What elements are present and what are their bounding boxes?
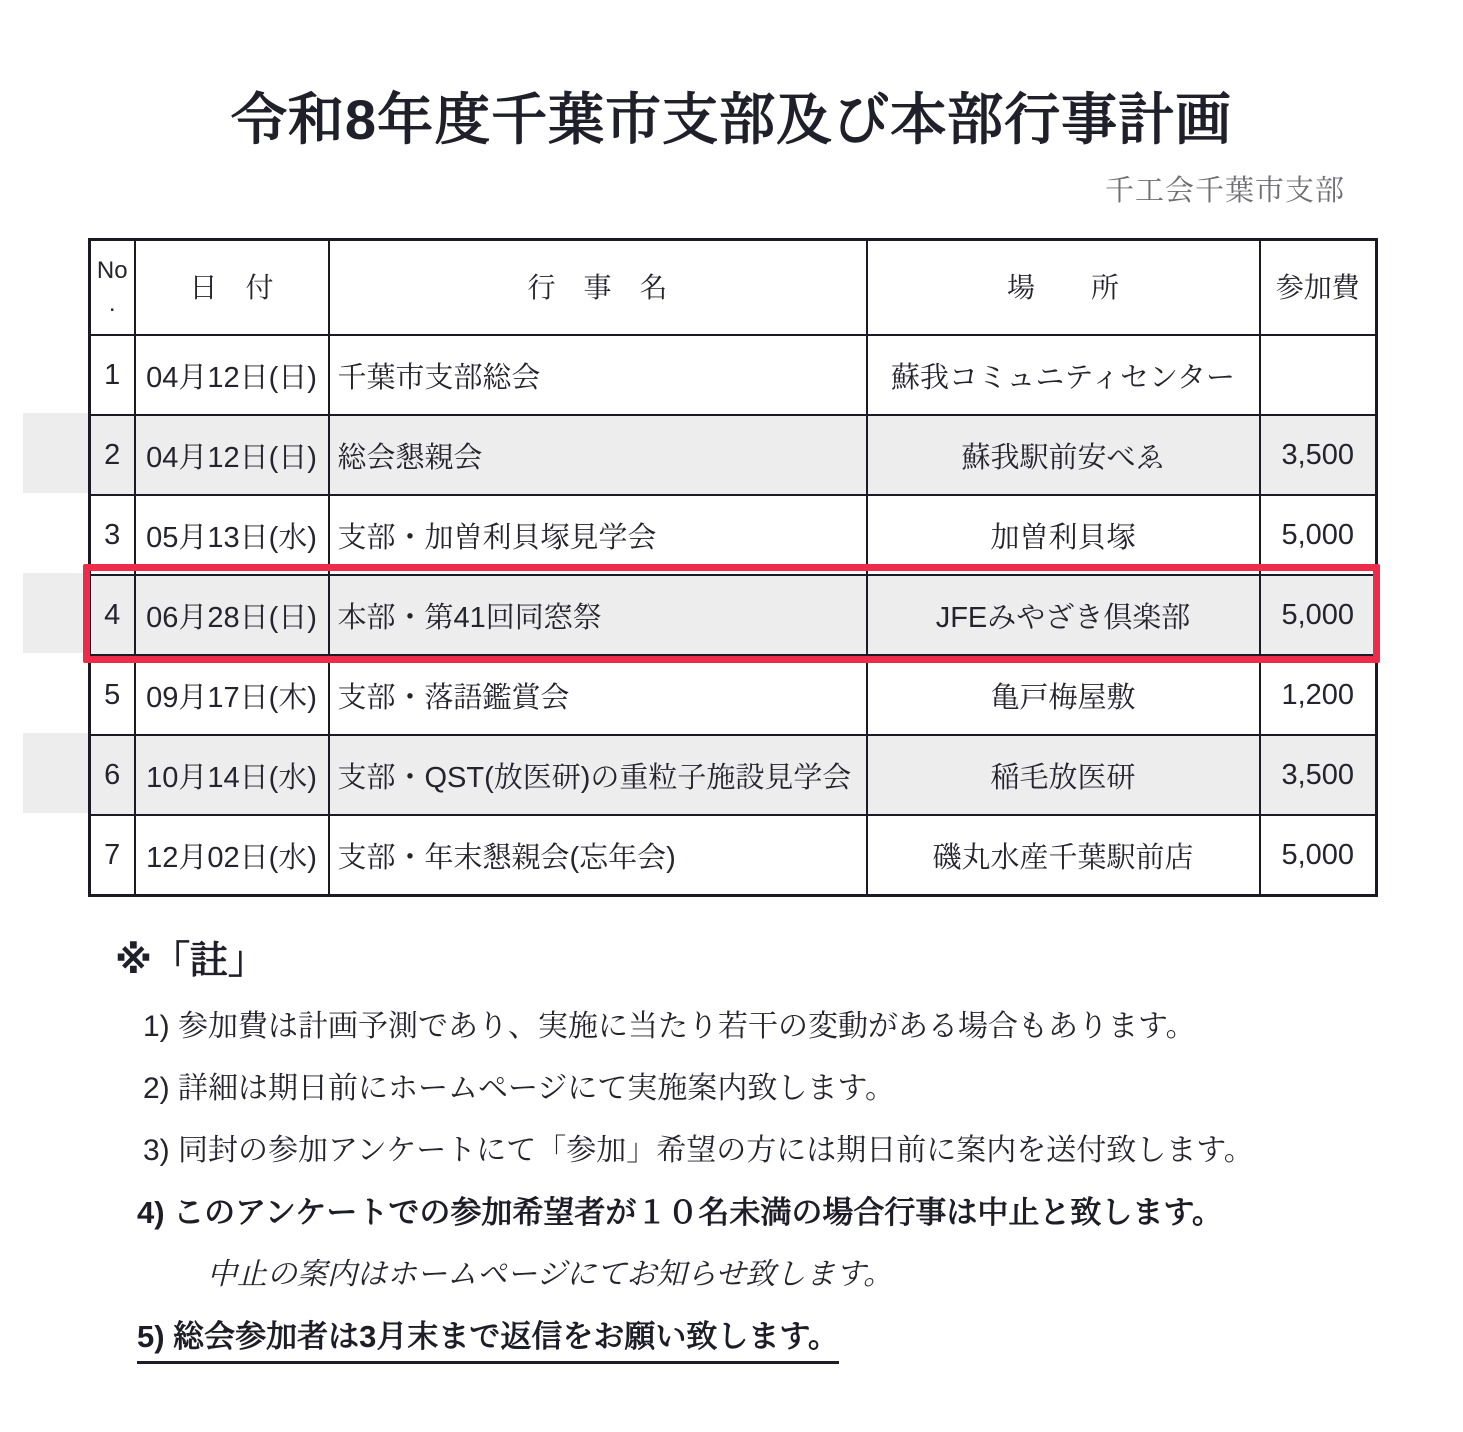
- table-row: 610月14日(水)支部・QST(放医研)の重粒子施設見学会稲毛放医研3,500: [90, 735, 1377, 815]
- event-schedule-table: No . 日 付 行 事 名 場 所 参加費 104月12日(日)千葉市支部総会…: [88, 238, 1378, 897]
- cell-fee: 1,200: [1260, 655, 1377, 735]
- cell-fee: 5,000: [1260, 495, 1377, 575]
- page-title: 令和8年度千葉市支部及び本部行事計画: [0, 76, 1463, 156]
- cell-event: 支部・QST(放医研)の重粒子施設見学会: [329, 735, 867, 815]
- table-row: 104月12日(日)千葉市支部総会蘇我コミュニティセンター: [90, 335, 1377, 415]
- cell-place: 亀戸梅屋敷: [867, 655, 1260, 735]
- cell-place: 磯丸水産千葉駅前店: [867, 815, 1260, 896]
- cell-no: 6: [90, 735, 135, 815]
- alt-row-left-extension: [23, 413, 88, 493]
- cell-place: 稲毛放医研: [867, 735, 1260, 815]
- note-item: 3) 同封の参加アンケートにて「参加」希望の方には期日前に案内を送付致します。: [143, 1132, 1425, 1170]
- note-item-text: 5) 総会参加者は3月末まで返信をお願い致します。: [137, 1318, 839, 1364]
- cell-event: 千葉市支部総会: [329, 335, 867, 415]
- cell-no: 5: [90, 655, 135, 735]
- cell-place: 蘇我コミュニティセンター: [867, 335, 1260, 415]
- cell-no: 7: [90, 815, 135, 896]
- cell-place: JFEみやざき倶楽部: [867, 575, 1260, 655]
- document-page: 令和8年度千葉市支部及び本部行事計画 千工会千葉市支部 No . 日 付 行 事…: [0, 0, 1463, 1432]
- cell-fee: 5,000: [1260, 815, 1377, 896]
- cell-date: 04月12日(日): [135, 415, 329, 495]
- cell-no: 4: [90, 575, 135, 655]
- alt-row-left-extension: [23, 733, 88, 813]
- cell-date: 12月02日(水): [135, 815, 329, 896]
- table-body: 104月12日(日)千葉市支部総会蘇我コミュニティセンター204月12日(日)総…: [90, 335, 1377, 896]
- header-fee: 参加費: [1260, 240, 1377, 336]
- note-item: 1) 参加費は計画予測であり、実施に当たり若干の変動がある場合もあります。: [143, 1008, 1425, 1046]
- organization-label: 千工会千葉市支部: [1105, 168, 1345, 209]
- cell-event: 総会懇親会: [329, 415, 867, 495]
- note-item: 中止の案内はホームページにてお知らせ致します。: [207, 1256, 1425, 1294]
- notes-heading: ※「註」: [115, 938, 1425, 984]
- note-item: 5) 総会参加者は3月末まで返信をお願い致します。: [137, 1318, 1425, 1364]
- table-row: 712月02日(水)支部・年末懇親会(忘年会)磯丸水産千葉駅前店5,000: [90, 815, 1377, 896]
- note-item-text: 2) 詳細は期日前にホームページにて実施案内致します。: [143, 1072, 895, 1105]
- cell-date: 06月28日(日): [135, 575, 329, 655]
- cell-date: 04月12日(日): [135, 335, 329, 415]
- cell-event: 支部・年末懇親会(忘年会): [329, 815, 867, 896]
- cell-no: 3: [90, 495, 135, 575]
- cell-date: 09月17日(木): [135, 655, 329, 735]
- cell-event: 支部・加曽利貝塚見学会: [329, 495, 867, 575]
- table-row: 406月28日(日)本部・第41回同窓祭JFEみやざき倶楽部5,000: [90, 575, 1377, 655]
- cell-no: 1: [90, 335, 135, 415]
- notes-list: 1) 参加費は計画予測であり、実施に当たり若干の変動がある場合もあります。2) …: [115, 1008, 1425, 1364]
- table-header: No . 日 付 行 事 名 場 所 参加費: [90, 240, 1377, 336]
- cell-place: 加曽利貝塚: [867, 495, 1260, 575]
- table-row: 204月12日(日)総会懇親会蘇我駅前安べゑ3,500: [90, 415, 1377, 495]
- header-event: 行 事 名: [329, 240, 867, 336]
- alt-row-left-extension: [23, 573, 88, 653]
- note-item-text: 1) 参加費は計画予測であり、実施に当たり若干の変動がある場合もあります。: [143, 1010, 1196, 1043]
- cell-fee: [1260, 335, 1377, 415]
- cell-no: 2: [90, 415, 135, 495]
- note-item: 2) 詳細は期日前にホームページにて実施案内致します。: [143, 1070, 1425, 1108]
- header-place: 場 所: [867, 240, 1260, 336]
- cell-fee: 3,500: [1260, 415, 1377, 495]
- note-item-text: 4) このアンケートでの参加希望者が１０名未満の場合行事は中止と致します。: [137, 1195, 1223, 1230]
- header-date: 日 付: [135, 240, 329, 336]
- note-item: 4) このアンケートでの参加希望者が１０名未満の場合行事は中止と致します。: [137, 1194, 1425, 1232]
- header-row: No . 日 付 行 事 名 場 所 参加費: [90, 240, 1377, 336]
- note-item-text: 3) 同封の参加アンケートにて「参加」希望の方には期日前に案内を送付致します。: [143, 1134, 1254, 1167]
- header-no: No .: [90, 240, 135, 336]
- cell-event: 支部・落語鑑賞会: [329, 655, 867, 735]
- cell-date: 05月13日(水): [135, 495, 329, 575]
- cell-event: 本部・第41回同窓祭: [329, 575, 867, 655]
- table-row: 305月13日(水)支部・加曽利貝塚見学会加曽利貝塚5,000: [90, 495, 1377, 575]
- cell-date: 10月14日(水): [135, 735, 329, 815]
- cell-fee: 3,500: [1260, 735, 1377, 815]
- cell-place: 蘇我駅前安べゑ: [867, 415, 1260, 495]
- note-item-text: 中止の案内はホームページにてお知らせ致します。: [207, 1258, 893, 1291]
- table-row: 509月17日(木)支部・落語鑑賞会亀戸梅屋敷1,200: [90, 655, 1377, 735]
- notes-section: ※「註」 1) 参加費は計画予測であり、実施に当たり若干の変動がある場合もありま…: [115, 938, 1425, 1388]
- cell-fee: 5,000: [1260, 575, 1377, 655]
